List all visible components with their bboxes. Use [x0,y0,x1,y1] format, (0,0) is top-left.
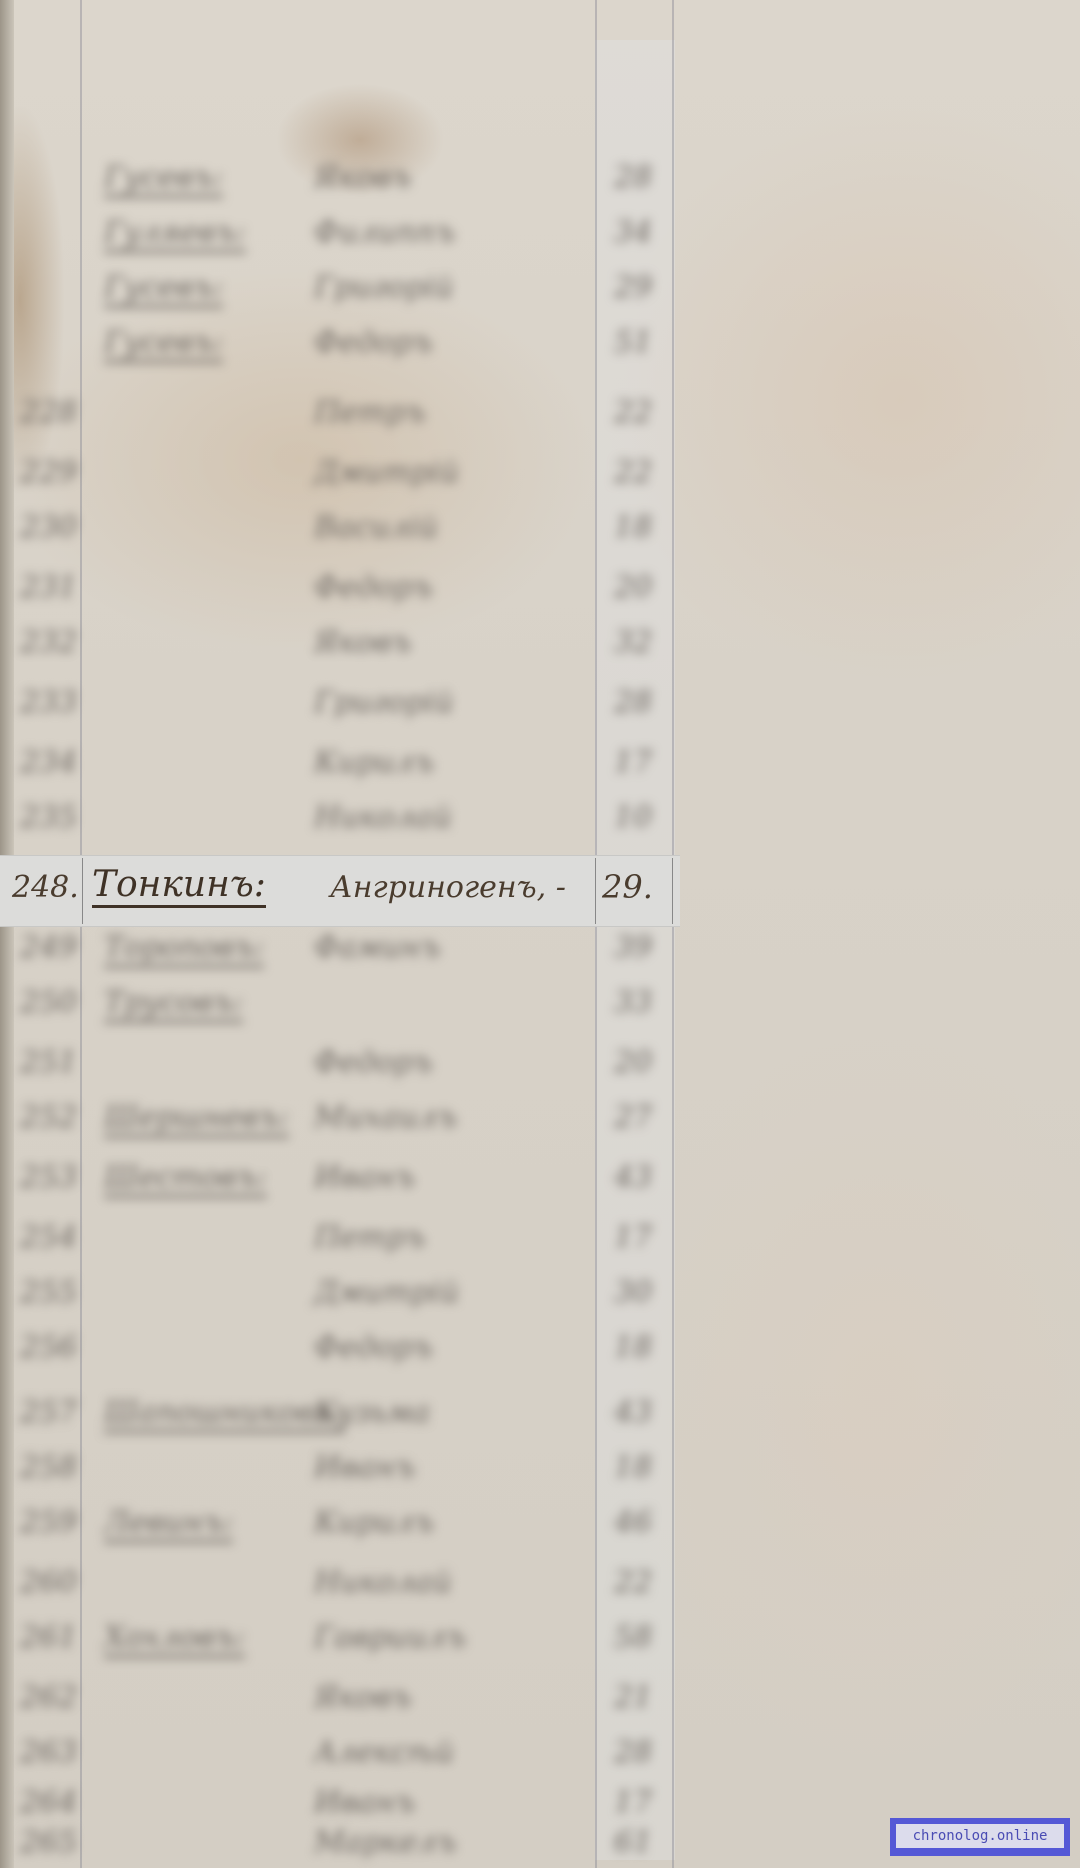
watermark-text: chronolog.online [896,1824,1064,1848]
row-number: 228 [20,395,77,430]
row-age: 17 [614,745,652,780]
row-given-name: Гавриилъ [314,1620,466,1655]
row-given-name: Алексѣй [314,1735,454,1770]
column-divider [82,858,83,924]
row-age: 46 [614,1505,652,1540]
row-age: 61 [614,1825,652,1860]
row-age: 22 [614,395,652,430]
register-row: 235Николай10 [14,800,674,840]
row-number: 253 [20,1160,77,1195]
row-number: 261 [20,1620,77,1655]
row-number: 260 [20,1565,77,1600]
row-number: 254 [20,1220,77,1255]
row-given-name: Фаминъ [314,930,441,965]
page-edge [0,0,14,1868]
register-row: 261Хохловъ:Гавриилъ58 [14,1620,674,1660]
register-row: 262Яковъ21 [14,1680,674,1720]
row-surname: Шапошниковъ: [104,1395,345,1433]
row-number: 234 [20,745,77,780]
column-divider [672,858,673,924]
register-row: 260Николай22 [14,1565,674,1605]
row-given-name: Петръ [314,395,426,430]
row-age: 28 [614,160,652,195]
register-row: 228Петръ22 [14,395,674,435]
row-number: 235 [20,800,77,835]
row-surname: Гуляевъ: [104,215,246,253]
register-row: Гуляевъ:Филиппъ34 [14,215,674,255]
row-surname: Шершневъ: [104,1100,289,1138]
row-age: 30 [614,1275,652,1310]
row-given-name: Федоръ [314,570,433,605]
register-row: 249Тороповъ:Фаминъ39 [14,930,674,970]
row-surname: Шестовъ: [104,1160,267,1198]
register-row: Гусевъ:Яковъ28 [14,160,674,200]
row-age: 33 [614,985,652,1020]
row-age: 18 [614,510,652,545]
register-row: 230Василій18 [14,510,674,550]
row-number: 232 [20,625,77,660]
row-number: 257 [20,1395,77,1430]
row-age: 39 [614,930,652,965]
row-age: 10 [614,800,652,835]
row-given-name: Кирилъ [314,745,434,780]
row-number: 255 [20,1275,77,1310]
entry-surname: Тонкинъ: [92,864,266,908]
row-given-name: Иванъ [314,1785,415,1820]
register-row: Гусевъ:Григорій29 [14,270,674,310]
register-row: 253Шестовъ:Иванъ43 [14,1160,674,1200]
row-age: 32 [614,625,652,660]
row-age: 28 [614,1735,652,1770]
row-given-name: Николай [314,1565,452,1600]
register-row: Гусевъ:Федоръ51 [14,325,674,365]
register-row: 263Алексѣй28 [14,1735,674,1775]
row-number: 258 [20,1450,77,1485]
row-number: 231 [20,570,77,605]
highlighted-entry: 248. Тонкинъ: Ангриногенъ, - 29. [0,855,680,927]
row-age: 21 [614,1680,652,1715]
row-age: 28 [614,685,652,720]
register-row: 264Иванъ17 [14,1785,674,1825]
row-age: 58 [614,1620,652,1655]
row-number: 256 [20,1330,77,1365]
row-surname: Хохловъ: [104,1620,245,1658]
register-row: 251Федоръ20 [14,1045,674,1085]
row-surname: Гусевъ: [104,270,223,308]
row-given-name: Яковъ [314,625,412,660]
row-given-name: Григорій [314,270,454,305]
entry-age: 29. [602,868,653,906]
row-given-name: Петръ [314,1220,426,1255]
row-age: 18 [614,1330,652,1365]
row-given-name: Филиппъ [314,215,455,250]
row-number: 251 [20,1045,77,1080]
row-surname: Гусевъ: [104,160,223,198]
row-surname: Трусовъ: [104,985,243,1023]
row-number: 233 [20,685,77,720]
row-age: 18 [614,1450,652,1485]
row-number: 264 [20,1785,77,1820]
row-number: 252 [20,1100,77,1135]
row-given-name: Кирилъ [314,1505,434,1540]
row-given-name: Михаилъ [314,1100,457,1135]
row-surname: Левинъ: [104,1505,233,1543]
register-row: 258Иванъ18 [14,1450,674,1490]
row-number: 263 [20,1735,77,1770]
register-row: 233Григорій28 [14,685,674,725]
row-given-name: Николай [314,800,452,835]
row-given-name: Маркелъ [314,1825,457,1860]
row-number: 250 [20,985,77,1020]
watermark-badge: chronolog.online [890,1818,1070,1856]
row-age: 20 [614,570,652,605]
row-age: 17 [614,1220,652,1255]
row-age: 43 [614,1160,652,1195]
row-given-name: Григорій [314,685,454,720]
row-given-name: Иванъ [314,1450,415,1485]
row-given-name: Яковъ [314,1680,412,1715]
register-row: 252Шершневъ:Михаилъ27 [14,1100,674,1140]
register-row: 229Дмитрій22 [14,455,674,495]
row-age: 20 [614,1045,652,1080]
row-number: 259 [20,1505,77,1540]
row-given-name: Яковъ [314,160,412,195]
row-age: 22 [614,1565,652,1600]
entry-number: 248. [12,870,79,905]
row-age: 17 [614,1785,652,1820]
register-row: 250Трусовъ:33 [14,985,674,1025]
row-age: 22 [614,455,652,490]
row-number: 262 [20,1680,77,1715]
row-given-name: Дмитрій [314,1275,459,1310]
row-number: 230 [20,510,77,545]
row-given-name: Федоръ [314,325,433,360]
row-age: 29 [614,270,652,305]
row-number: 265 [20,1825,77,1860]
row-age: 43 [614,1395,652,1430]
column-divider [595,858,596,924]
register-row: 232Яковъ32 [14,625,674,665]
register-row: 259Левинъ:Кирилъ46 [14,1505,674,1545]
row-age: 34 [614,215,652,250]
row-given-name: Дмитрій [314,455,459,490]
row-given-name: Федоръ [314,1330,433,1365]
row-given-name: Василій [314,510,438,545]
register-row: 265Маркелъ61 [14,1825,674,1865]
row-age: 27 [614,1100,652,1135]
row-surname: Гусевъ: [104,325,223,363]
register-row: 234Кирилъ17 [14,745,674,785]
register-row: 231Федоръ20 [14,570,674,610]
row-given-name: Иванъ [314,1160,415,1195]
row-given-name: Кузьма [314,1395,430,1430]
register-row: 255Дмитрій30 [14,1275,674,1315]
row-surname: Тороповъ: [104,930,264,968]
row-number: 229 [20,455,77,490]
entry-given-name: Ангриногенъ, - [330,870,566,905]
row-given-name: Федоръ [314,1045,433,1080]
register-row: 256Федоръ18 [14,1330,674,1370]
register-row: 254Петръ17 [14,1220,674,1260]
register-row: 257Шапошниковъ:Кузьма43 [14,1395,674,1435]
row-age: 51 [614,325,652,360]
row-number: 249 [20,930,77,965]
